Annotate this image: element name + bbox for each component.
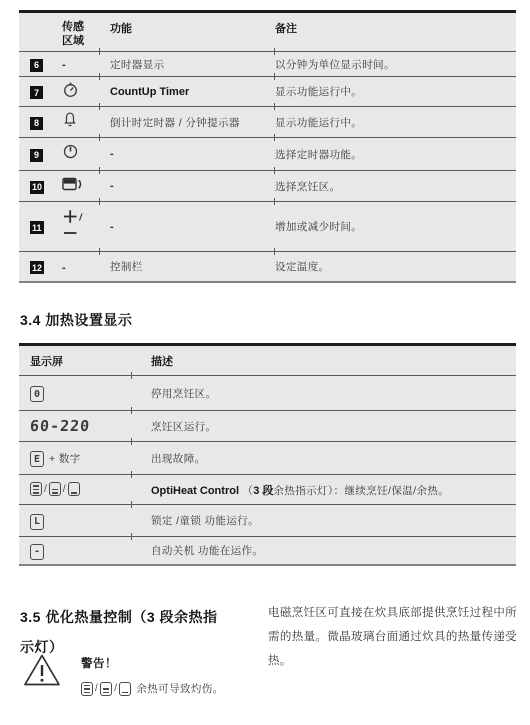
remark-cell: 选择烹饪区。 xyxy=(275,179,516,194)
warning-triangle-icon xyxy=(22,652,62,689)
description-cell: OptiHeat Control （3 段余热指示灯）：继续烹饪/保温/余热。 xyxy=(151,482,516,498)
residual-heat-3-icon xyxy=(81,682,93,696)
warning-text: 余热可导致灼伤。 xyxy=(136,681,223,696)
header-description: 描述 xyxy=(151,353,516,369)
function-cell: 定时器显示 xyxy=(110,57,275,72)
item-number-badge: 9 xyxy=(30,149,43,162)
table-row: 9 - 选择定时器功能。 xyxy=(19,137,516,170)
description-cell: 出现故障。 xyxy=(151,451,516,466)
sensor-dash: - xyxy=(62,262,66,274)
function-cell: CountUp Timer xyxy=(110,86,275,98)
function-cell: - xyxy=(110,221,275,233)
residual-heat-symbols: // xyxy=(30,481,151,499)
item-number-badge: 12 xyxy=(30,261,44,274)
display-error-symbol: E xyxy=(30,451,44,467)
sensor-dash: - xyxy=(62,59,66,71)
function-cell: - xyxy=(110,148,275,160)
table-header-row: 显示屏 描述 xyxy=(19,346,516,375)
error-suffix: + 数字 xyxy=(49,453,81,465)
remark-cell: 设定温度。 xyxy=(275,259,516,274)
header-sensor-area: 传感 区域 xyxy=(62,20,110,48)
section-3-5-title-line1: 3.5 优化热量控制（3 段余热指 xyxy=(20,602,270,632)
item-number-badge: 6 xyxy=(30,59,43,72)
description-cell: 锁定 /童锁 功能运行。 xyxy=(151,513,516,528)
remark-cell: 显示功能运行中。 xyxy=(275,84,516,99)
remark-cell: 以分钟为单位显示时间。 xyxy=(275,57,516,72)
table-header-row: 传感 区域 功能 备注 xyxy=(19,13,516,51)
table-row: - 自动关机 功能在运作。 xyxy=(19,536,516,564)
header-remark: 备注 xyxy=(275,20,516,36)
optiheat-post: 余热指示灯）：继续烹饪/保温/余热。 xyxy=(273,485,449,497)
header-display: 显示屏 xyxy=(30,353,151,369)
remark-cell: 增加或减少时间。 xyxy=(275,219,516,234)
optiheat-stages: 3 段 xyxy=(253,485,273,497)
table-row: 11 - 增加或减少时间。 xyxy=(19,201,516,251)
residual-heat-2-icon xyxy=(100,682,112,696)
item-number-badge: 10 xyxy=(30,181,44,194)
remark-cell: 选择定时器功能。 xyxy=(275,147,516,162)
slash-separator: / xyxy=(44,484,47,495)
table-row: L 锁定 /童锁 功能运行。 xyxy=(19,504,516,536)
item-number-badge: 8 xyxy=(30,117,43,130)
slash-separator: / xyxy=(95,683,98,694)
warning-line: // 余热可导致灼伤。 xyxy=(81,681,224,696)
table-row: 6 - 定时器显示 以分钟为单位显示时间。 xyxy=(19,51,516,76)
item-number-badge: 7 xyxy=(30,86,43,99)
table-row: 60-220 烹饪区运行。 xyxy=(19,410,516,441)
table-row: 0 停用烹饪区。 xyxy=(19,375,516,410)
table-row: E+ 数字 出现故障。 xyxy=(19,441,516,474)
display-zero-symbol: 0 xyxy=(30,386,44,402)
table-row: // OptiHeat Control （3 段余热指示灯）：继续烹饪/保温/余… xyxy=(19,474,516,504)
slash-separator: / xyxy=(63,484,66,495)
function-cell: 倒计时定时器 / 分钟提示器 xyxy=(110,115,275,130)
table-row: 12 - 控制栏 设定温度。 xyxy=(19,251,516,281)
warning-block: 警告！ // 余热可导致灼伤。 xyxy=(22,652,224,696)
description-cell: 自动关机 功能在运作。 xyxy=(151,543,516,558)
optiheat-pre: （ xyxy=(239,485,253,497)
residual-heat-1-icon xyxy=(119,682,131,696)
countup-timer-icon xyxy=(62,81,79,98)
warning-content: 警告！ // 余热可导致灼伤。 xyxy=(81,652,224,696)
manual-page: 传感 区域 功能 备注 6 - 定时器显示 以分钟为单位显示时间。 7 Coun… xyxy=(0,0,530,725)
remark-cell: 显示功能运行中。 xyxy=(275,115,516,130)
residual-heat-1-icon xyxy=(68,482,80,496)
residual-heat-3-icon xyxy=(30,482,42,496)
function-cell: 控制栏 xyxy=(110,259,275,274)
table-row: 7 CountUp Timer 显示功能运行中。 xyxy=(19,76,516,106)
section-3-4-title: 3.4 加热设置显示 xyxy=(20,310,132,330)
section-3-5-body: 电磁烹饪区可直接在炊具底部提供烹饪过程中所需的热量。微晶玻璃台面通过炊具的热量传… xyxy=(268,601,517,673)
heating-display-table: 显示屏 描述 0 停用烹饪区。 60-220 烹饪区运行。 E+ 数字 出现故障… xyxy=(19,343,516,566)
sensor-field-table: 传感 区域 功能 备注 6 - 定时器显示 以分钟为单位显示时间。 7 Coun… xyxy=(19,10,516,283)
bell-icon xyxy=(62,111,78,128)
display-dash-symbol: - xyxy=(30,544,44,560)
cooking-zone-display-icon xyxy=(62,176,84,192)
slash-separator: / xyxy=(114,683,117,694)
plus-minus-icon xyxy=(62,208,86,240)
description-cell: 停用烹饪区。 xyxy=(151,386,516,401)
item-number-badge: 11 xyxy=(30,221,44,234)
residual-heat-2-icon xyxy=(49,482,61,496)
table-row: 8 倒计时定时器 / 分钟提示器 显示功能运行中。 xyxy=(19,106,516,137)
warning-title: 警告！ xyxy=(81,655,224,671)
table-row: 10 - 选择烹饪区。 xyxy=(19,170,516,201)
display-range-symbol: 60-220 xyxy=(29,417,90,435)
display-lock-symbol: L xyxy=(30,514,44,530)
optiheat-name: OptiHeat Control xyxy=(151,485,239,497)
timer-clock-icon xyxy=(62,143,79,160)
description-cell: 烹饪区运行。 xyxy=(151,419,516,434)
function-cell: - xyxy=(110,180,275,192)
header-function: 功能 xyxy=(110,20,275,36)
